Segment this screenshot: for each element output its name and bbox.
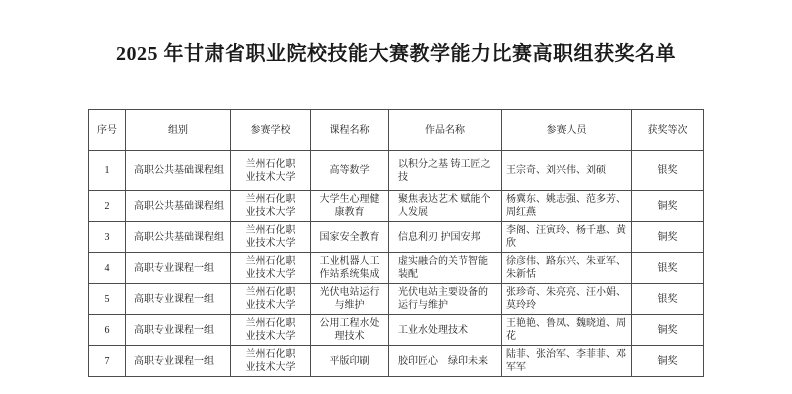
- cell-participants: 李阁、汪寅玲、杨千惠、黄欣: [502, 222, 632, 253]
- page-title: 2025 年甘肃省职业院校技能大赛教学能力比赛高职组获奖名单: [0, 37, 792, 66]
- cell-work: 虚实融合的关节智能装配: [389, 253, 502, 284]
- cell-participants: 王艳艳、鲁凤、魏晓道、周花: [502, 315, 632, 346]
- cell-award: 铜奖: [632, 315, 704, 346]
- cell-group: 高职专业课程一组: [126, 346, 231, 377]
- cell-work: 胶印匠心 绿印未来: [389, 346, 502, 377]
- cell-participants: 张珍奇、朱亮亮、汪小娟、莫玲玲: [502, 284, 632, 315]
- cell-group: 高职公共基础课程组: [126, 222, 231, 253]
- cell-school: 兰州石化职业技术大学: [231, 284, 311, 315]
- cell-participants: 陆菲、张治军、李菲菲、邓军军: [502, 346, 632, 377]
- cell-course: 大学生心理健康教育: [311, 191, 389, 222]
- cell-course: 工业机器人工作站系统集成: [311, 253, 389, 284]
- cell-group: 高职专业课程一组: [126, 284, 231, 315]
- column-header-group: 组别: [126, 110, 231, 151]
- table-row: 4高职专业课程一组兰州石化职业技术大学工业机器人工作站系统集成虚实融合的关节智能…: [89, 253, 704, 284]
- cell-participants: 杨冀东、姚志强、范多芳、周红燕: [502, 191, 632, 222]
- cell-award: 银奖: [632, 151, 704, 191]
- cell-group: 高职公共基础课程组: [126, 151, 231, 191]
- cell-award: 银奖: [632, 284, 704, 315]
- cell-work: 聚焦表达艺术 赋能个人发展: [389, 191, 502, 222]
- table-body: 1高职公共基础课程组兰州石化职业技术大学高等数学以积分之基 铸工匠之技王宗奇、刘…: [89, 151, 704, 377]
- cell-index: 3: [89, 222, 126, 253]
- cell-index: 6: [89, 315, 126, 346]
- table-row: 6高职专业课程一组兰州石化职业技术大学公用工程水处理技术工业水处理技术王艳艳、鲁…: [89, 315, 704, 346]
- cell-participants: 徐彦伟、路东兴、朱亚军、朱新恬: [502, 253, 632, 284]
- cell-course: 国家安全教育: [311, 222, 389, 253]
- cell-work: 信息利刃 护国安邦: [389, 222, 502, 253]
- column-header-school: 参赛学校: [231, 110, 311, 151]
- table-row: 2高职公共基础课程组兰州石化职业技术大学大学生心理健康教育聚焦表达艺术 赋能个人…: [89, 191, 704, 222]
- table-row: 1高职公共基础课程组兰州石化职业技术大学高等数学以积分之基 铸工匠之技王宗奇、刘…: [89, 151, 704, 191]
- table-row: 5高职专业课程一组兰州石化职业技术大学光伏电站运行与维护光伏电站主要设备的运行与…: [89, 284, 704, 315]
- table-row: 7高职专业课程一组兰州石化职业技术大学平版印刷胶印匠心 绿印未来陆菲、张治军、李…: [89, 346, 704, 377]
- cell-work: 以积分之基 铸工匠之技: [389, 151, 502, 191]
- column-header-award: 获奖等次: [632, 110, 704, 151]
- cell-group: 高职专业课程一组: [126, 315, 231, 346]
- cell-course: 平版印刷: [311, 346, 389, 377]
- cell-work: 光伏电站主要设备的运行与维护: [389, 284, 502, 315]
- cell-school: 兰州石化职业技术大学: [231, 191, 311, 222]
- cell-index: 5: [89, 284, 126, 315]
- cell-course: 光伏电站运行与维护: [311, 284, 389, 315]
- column-header-course: 课程名称: [311, 110, 389, 151]
- cell-index: 1: [89, 151, 126, 191]
- column-header-participants: 参赛人员: [502, 110, 632, 151]
- cell-award: 铜奖: [632, 346, 704, 377]
- cell-school: 兰州石化职业技术大学: [231, 346, 311, 377]
- table-row: 3高职公共基础课程组兰州石化职业技术大学国家安全教育信息利刃 护国安邦李阁、汪寅…: [89, 222, 704, 253]
- cell-index: 7: [89, 346, 126, 377]
- column-header-work: 作品名称: [389, 110, 502, 151]
- cell-course: 高等数学: [311, 151, 389, 191]
- cell-award: 银奖: [632, 253, 704, 284]
- column-header-index: 序号: [89, 110, 126, 151]
- cell-course: 公用工程水处理技术: [311, 315, 389, 346]
- cell-school: 兰州石化职业技术大学: [231, 315, 311, 346]
- cell-participants: 王宗奇、刘兴伟、刘硕: [502, 151, 632, 191]
- cell-school: 兰州石化职业技术大学: [231, 151, 311, 191]
- cell-work: 工业水处理技术: [389, 315, 502, 346]
- award-results-table: 序号 组别 参赛学校 课程名称 作品名称 参赛人员 获奖等次 1高职公共基础课程…: [88, 109, 704, 377]
- cell-school: 兰州石化职业技术大学: [231, 222, 311, 253]
- cell-group: 高职专业课程一组: [126, 253, 231, 284]
- cell-award: 铜奖: [632, 191, 704, 222]
- cell-school: 兰州石化职业技术大学: [231, 253, 311, 284]
- cell-award: 铜奖: [632, 222, 704, 253]
- cell-group: 高职公共基础课程组: [126, 191, 231, 222]
- cell-index: 2: [89, 191, 126, 222]
- table-header-row: 序号 组别 参赛学校 课程名称 作品名称 参赛人员 获奖等次: [89, 110, 704, 151]
- cell-index: 4: [89, 253, 126, 284]
